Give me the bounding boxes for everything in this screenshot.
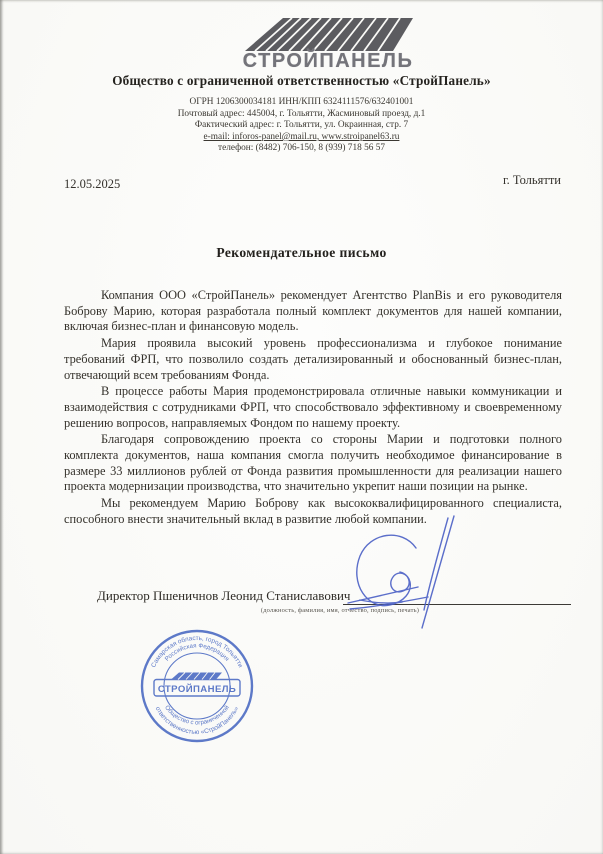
letter-date: 12.05.2025 (64, 177, 120, 192)
detail-postal-address: Почтовый адрес: 445004, г. Тольятти, Жас… (0, 109, 603, 121)
company-full-name: Общество с ограниченной ответственностью… (0, 73, 603, 89)
paragraph: Мария проявила высокий уровень профессио… (64, 336, 562, 383)
company-logo-wordmark: СТРОЙПАНЕЛЬ (239, 50, 417, 73)
detail-email-site: e-mail: inforos-panel@mail.ru, www.stroi… (0, 132, 603, 144)
detail-ogrn-inn: ОГРН 1206300034181 ИНН/КПП 6324111576/63… (0, 97, 603, 109)
svg-text:Самарская область, город Толья: Самарская область, город Тольятти (150, 635, 244, 669)
paragraph: Мы рекомендуем Марию Боброву как высокок… (64, 496, 562, 527)
paragraph: Компания ООО «СтройПанель» рекомендует А… (64, 288, 562, 335)
letterhead-details: ОГРН 1206300034181 ИНН/КПП 6324111576/63… (0, 97, 603, 155)
director-name-line: Директор Пшеничнов Леонид Станиславович (97, 588, 350, 604)
letter-title: Рекомендательное письмо (0, 245, 603, 261)
handwritten-signature (330, 510, 480, 632)
detail-actual-address: Фактический адрес: г. Тольятти, ул. Окра… (0, 120, 603, 132)
stamp-arc-top-outer: Самарская область, город Тольятти (150, 635, 244, 669)
stamp-center-wordmark: СТРОЙПАНЕЛЬ (158, 683, 236, 695)
company-roof-logo-icon (241, 15, 415, 53)
company-stamp: Самарская область, город Тольятти Россий… (138, 627, 256, 745)
letter-body: Компания ООО «СтройПанель» рекомендует А… (64, 288, 562, 529)
paragraph: В процессе работы Мария продемонстрирова… (64, 384, 562, 431)
letter-city: г. Тольятти (503, 173, 561, 188)
letter-page: СТРОЙПАНЕЛЬ Общество с ограниченной отве… (0, 0, 603, 854)
detail-phone: телефон: (8482) 706-150, 8 (939) 718 56 … (0, 143, 603, 155)
paragraph: Благодаря сопровождению проекта со сторо… (64, 432, 562, 495)
stamp-roof-icon (171, 673, 222, 680)
